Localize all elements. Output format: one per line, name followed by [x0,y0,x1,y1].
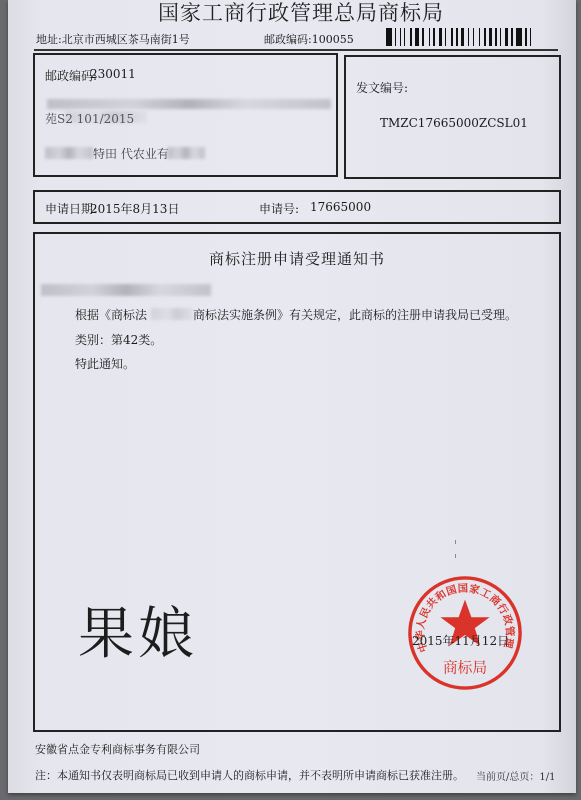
application-box: 申请日期: 2015年8月13日 申请号: 17665000 [33,190,561,224]
issuer-title: 国家工商行政管理总局商标局 [158,0,438,26]
redacted-name-suffix [167,147,205,159]
notice-closing: 特此通知。 [75,355,135,372]
scan-mark [455,540,456,544]
agent-name: 安徽省点金专利商标事务有限公司 [35,741,200,757]
notice-body-suffix: 商标法实施条例》有关规定，此商标的注册申请我局已受理。 [193,306,517,323]
redacted-address-line [47,99,331,109]
recipient-address: 苑S2 101/2015 [45,110,134,127]
redacted-name-prefix [45,147,93,159]
doc-number-value: TMZC17665000ZCSL01 [380,116,528,130]
trademark-image: 果娘 [78,590,198,670]
notice-title: 商标注册申请受理通知书 [35,248,559,269]
recipient-box: 邮政编码: 230011 苑S2 101/2015 特田 代农业有 [33,53,338,177]
application-number-label: 申请号: [259,200,299,217]
doc-number-box: 发文编号: TMZC17665000ZCSL01 [344,55,561,179]
issuer-postcode: 邮政编码:100055 [264,31,354,47]
application-date-value: 2015年8月13日 [90,200,179,217]
redacted-law-text [151,308,193,320]
issuer-address: 地址:北京市西城区茶马南街1号 [36,31,190,47]
barcode-icon [386,28,564,46]
notice-category: 类别：第42类。 [75,331,162,348]
page-indicator: 当前页/总页：1/1 [476,768,555,783]
recipient-postcode-value: 230011 [90,67,136,81]
notice-body-prefix: 根据《商标法 [75,306,147,323]
seal-center-text: 商标局 [443,659,487,676]
header-divider [34,49,558,51]
footer-note: 注：本通知书仅表明商标局已收到申请人的商标申请，并不表明所申请商标已获准注册。 [35,767,464,783]
seal-date: 2015年11月12日 [412,632,509,649]
redacted-salutation [41,284,211,296]
doc-number-label: 发文编号: [356,79,408,96]
scan-mark [455,554,456,558]
notice-document: 国家工商行政管理总局商标局 地址:北京市西城区茶马南街1号 邮政编码:10005… [8,0,576,793]
application-number-value: 17665000 [310,200,371,214]
recipient-name: 特田 代农业有 [93,145,169,162]
